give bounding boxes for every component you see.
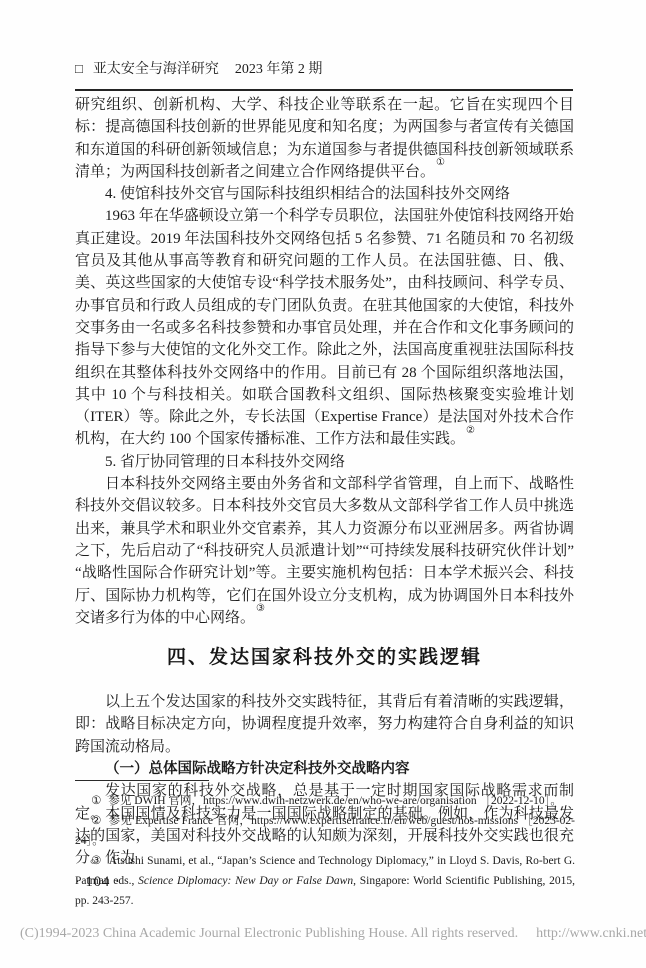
footnote-list: ①参见 DWIH 官网，https://www.dwih-netzwerk.de… — [75, 791, 575, 911]
footnote-ref: ② — [466, 425, 475, 436]
paragraph: 1963 年在华盛顿设立第一个科学专员职位，法国驻外使馆科技网络开始真正建设。2… — [75, 205, 574, 450]
paragraph-text: 4. 使馆科技外交官与国际科技组织相结合的法国科技外交网络 — [105, 186, 510, 202]
paragraph-text: 研究组织、创新机构、大学、科技企业等联系在一起。它旨在实现四个目标：提高德国科技… — [75, 97, 574, 180]
paragraph: 以上五个发达国家的科技外交实践特征，其背后有着清晰的实践逻辑，即：战略目标决定方… — [75, 691, 574, 758]
page-number: · 104 · — [75, 874, 121, 891]
footnote: ②参见 Expertise France 官网，https://www.expe… — [75, 811, 575, 851]
footnote-marker: ② — [91, 815, 102, 827]
footnote-text-italic: Science Diplomacy: New Day or False Dawn — [138, 875, 353, 887]
paragraph-text: 以上五个发达国家的科技外交实践特征，其背后有着清晰的实践逻辑，即：战略目标决定方… — [75, 694, 574, 755]
journal-title: 亚太安全与海洋研究 — [93, 62, 219, 77]
footnotes-section: ①参见 DWIH 官网，https://www.dwih-netzwerk.de… — [75, 780, 575, 911]
paragraph-text: 四、发达国家科技外交的实践逻辑 — [167, 647, 482, 668]
paragraph: 日本科技外交网络主要由外务省和文部科学省管理，自上而下、战略性科技外交倡议较多。… — [75, 473, 574, 629]
footnote-marker: ① — [91, 795, 101, 807]
paragraph: 5. 省厅协同管理的日本科技外交网络 — [75, 451, 574, 473]
paragraph: （一）总体国际战略方针决定科技外交战略内容 — [75, 758, 574, 780]
footnote: ③Atsushi Sunami, et al., “Japan’s Scienc… — [75, 851, 575, 911]
footer-url: http://www.cnki.net — [536, 926, 646, 941]
footnote: ①参见 DWIH 官网，https://www.dwih-netzwerk.de… — [75, 791, 575, 811]
journal-header: □亚太安全与海洋研究2023 年第 2 期 — [75, 60, 573, 91]
footnote-marker: ③ — [91, 855, 102, 867]
box-icon: □ — [75, 61, 83, 76]
journal-issue: 2023 年第 2 期 — [235, 62, 323, 77]
footnote-ref: ③ — [256, 603, 265, 614]
section-heading: 四、发达国家科技外交的实践逻辑 — [75, 645, 574, 671]
paragraph-text: （一）总体国际战略方针决定科技外交战略内容 — [105, 761, 410, 777]
copyright-footer: (C)1994-2023 China Academic Journal Elec… — [20, 926, 646, 942]
paragraph: 研究组织、创新机构、大学、科技企业等联系在一起。它旨在实现四个目标：提高德国科技… — [75, 94, 574, 183]
paragraph-text: 1963 年在华盛顿设立第一个科学专员职位，法国驻外使馆科技网络开始真正建设。2… — [75, 208, 574, 447]
footnote-separator — [75, 780, 209, 781]
document-page: □亚太安全与海洋研究2023 年第 2 期 研究组织、创新机构、大学、科技企业等… — [0, 0, 646, 968]
footnote-text: 参见 Expertise France 官网，https://www.exper… — [75, 815, 575, 847]
footnote-ref: ① — [436, 157, 445, 168]
paragraph-text: 日本科技外交网络主要由外务省和文部科学省管理，自上而下、战略性科技外交倡议较多。… — [75, 476, 574, 626]
footnote-text: 参见 DWIH 官网，https://www.dwih-netzwerk.de/… — [108, 795, 562, 807]
article-body: 研究组织、创新机构、大学、科技企业等联系在一起。它旨在实现四个目标：提高德国科技… — [75, 94, 574, 870]
paragraph: 4. 使馆科技外交官与国际科技组织相结合的法国科技外交网络 — [75, 183, 574, 205]
copyright-text: (C)1994-2023 China Academic Journal Elec… — [20, 926, 518, 941]
paragraph-text: 5. 省厅协同管理的日本科技外交网络 — [105, 454, 345, 470]
